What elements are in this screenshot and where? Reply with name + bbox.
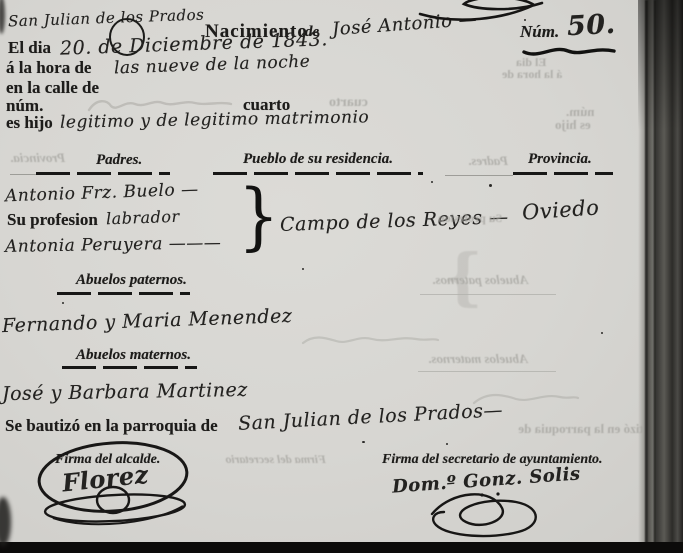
paper-speck xyxy=(302,268,304,270)
abuelos-paternos-handwriting: Fernando y Maria Menendez xyxy=(2,305,293,337)
top-right-rubric-flourish xyxy=(418,0,546,20)
es-hijo-label: es hijo xyxy=(6,113,53,133)
hora-label: á la hora de xyxy=(6,58,91,78)
bautizo-label: Se bautizó en la parroquia de xyxy=(5,416,218,436)
ghost-hora: á la hora de xyxy=(502,67,562,82)
ghost-su-profesion: Su profesion xyxy=(438,211,502,226)
ghost-abuelos-paternos: Abuelos paternos. xyxy=(432,272,528,288)
padres-underline xyxy=(36,172,170,175)
ghost-line-paternos xyxy=(420,294,556,295)
padres-header: Padres. xyxy=(96,152,142,169)
secretario-rubric-flourish xyxy=(420,492,555,540)
abuelos-paternos-underline xyxy=(57,292,190,295)
paper-speck xyxy=(524,19,526,21)
ghost-handwriting-squiggle xyxy=(85,94,235,116)
top-left-smudge xyxy=(0,0,5,34)
num-value-handwriting: 50. xyxy=(566,9,616,42)
binding-top-shadow xyxy=(638,0,683,130)
ghost-squiggle-mid xyxy=(300,330,440,350)
provincia-underline xyxy=(513,172,613,175)
ghost-squiggle-lower-right xyxy=(470,385,580,411)
num-label: Núm. xyxy=(520,22,559,42)
paper-speck xyxy=(362,441,365,443)
paper-speck xyxy=(446,443,448,445)
abuelos-maternos-underline xyxy=(62,366,197,369)
abuelos-maternos-handwriting: José y Barbara Martinez xyxy=(2,379,248,405)
ghost-cuarto: cuarto xyxy=(329,95,368,111)
brace-glyph: } xyxy=(238,184,279,251)
profesion-handwriting: labrador xyxy=(106,207,180,229)
el-dia-label: El dia xyxy=(8,38,51,58)
ghost-abuelos-maternos: Abuelos maternos. xyxy=(428,351,528,367)
paper-speck xyxy=(431,181,433,183)
father-handwriting: Antonio Frz. Buelo — xyxy=(5,180,199,207)
paper-speck xyxy=(601,332,603,334)
paper-speck xyxy=(62,302,64,304)
provincia-handwriting: Oviedo xyxy=(521,195,600,224)
ghost-es-hijo: es hijo xyxy=(555,117,591,133)
ghost-line-maternos xyxy=(418,371,556,372)
mother-handwriting: Antonia Peruyera ——— xyxy=(5,233,222,257)
provincia-header: Provincia. xyxy=(528,151,592,168)
scan-bottom-bar xyxy=(0,542,683,553)
ghost-firma: Firma del secretario xyxy=(218,452,326,467)
paper-speck xyxy=(489,184,492,187)
ghost-padres: Padres. xyxy=(468,153,508,169)
bottom-left-smudge xyxy=(0,497,11,547)
bautizo-parish-handwriting: San Julian de los Prados— xyxy=(238,399,504,435)
profesion-label: Su profesion xyxy=(7,210,98,230)
abuelos-maternos-header: Abuelos maternos. xyxy=(76,347,191,364)
abuelos-paternos-header: Abuelos paternos. xyxy=(76,272,187,289)
pueblo-header: Pueblo de su residencia. xyxy=(243,151,393,168)
header-thin-rule-mid xyxy=(445,175,513,176)
ghost-provincia: Provincia. xyxy=(10,150,65,166)
birth-record-scan: San Julian de los Prados Nacimiento de J… xyxy=(0,0,683,553)
